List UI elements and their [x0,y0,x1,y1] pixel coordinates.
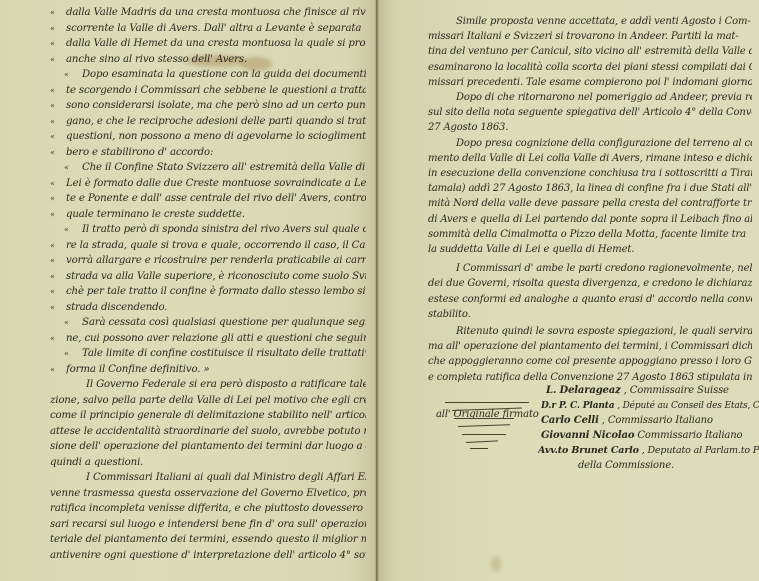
manuscript-line: zione, salvo pella parte della Valle di … [50,394,366,408]
manuscript-line: Dopo esaminata la questione con la guida… [82,68,366,82]
quotation-mark: « [50,239,55,253]
quotation-mark: « [50,270,55,284]
quotation-mark: « [64,223,69,237]
manuscript-line: ne, cui possono aver relazione gli atti … [66,332,366,346]
quotation-mark: « [50,285,55,299]
manuscript-line: esaminarono la località colla scorta dei… [428,61,752,75]
manuscript-line: Tale limite di confine costituisce il ri… [82,347,366,361]
manuscript-line: te e Ponente e dall' asse centrale del r… [66,192,366,206]
manuscript-line: strada va alla Valle superiore, è ricono… [66,270,366,284]
manuscript-line: re la strada, quale si trova e quale, oc… [66,239,366,253]
manuscript-line: 27 Agosto 1863. [428,121,752,135]
signature-closing: della Commissione. [578,459,674,473]
left-page: «dalla Valle Madris da una cresta montuo… [0,0,378,581]
manuscript-line: I Commissari Italiani ai quali dal Minis… [86,471,366,485]
manuscript-line: quale terminano le creste suddette. [66,208,366,222]
quotation-mark: « [50,363,55,377]
manuscript-line: Che il Confine Stato Svizzero all' estre… [82,161,366,175]
manuscript-line: mità Nord della valle deve passare pella… [428,197,752,211]
quotation-mark: « [50,22,55,36]
manuscript-line: ratifica incompleta venisse differita, e… [50,502,366,516]
manuscript-line: bero e stabilirono d' accordo: [66,146,366,160]
manuscript-line: Sarà cessata così qualsiasi questione pe… [82,316,366,330]
manuscript-line: tamala) addì 27 Agosto 1863, la linea di… [428,182,752,196]
manuscript-line: ma all' operazione del piantamento dei t… [428,340,752,354]
signature-entry-5: Avv.to Brunet Carlo , Deputato al Parlam… [538,444,759,458]
manuscript-line: sono considerarsi isolate, ma che però s… [66,99,366,113]
manuscript-line: scorrente la Valle di Avers. Dall' altra… [66,22,366,36]
manuscript-line: sommità della Cimalmotta o Pizzo della M… [428,228,752,242]
quotation-mark: « [50,6,55,20]
quotation-mark: « [50,99,55,113]
quotation-mark: « [50,130,55,144]
signature-entry-4: Giovanni Nicolao Commissario Italiano [541,429,742,443]
manuscript-line: chè per tale tratto il confine è formato… [66,285,366,299]
quotation-mark: « [50,53,55,67]
quotation-mark: « [50,146,55,160]
quotation-mark: « [50,192,55,206]
quotation-mark: « [50,301,55,315]
quotation-mark: « [50,84,55,98]
manuscript-line: venne trasmessa questa osservazione del … [50,487,366,501]
document-spread: «dalla Valle Madris da una cresta montuo… [0,0,759,581]
quotation-mark: « [64,161,69,175]
manuscript-line: missari precedenti. Tale esame compieron… [428,76,752,90]
manuscript-line: dalla Valle Madris da una cresta montuos… [66,6,366,20]
manuscript-line: di Avers e quella di Lei partendo dal po… [428,213,752,227]
manuscript-line: Simile proposta venne accettata, e addì … [456,15,752,29]
manuscript-line: Il tratto però di sponda sinistra del ri… [82,223,366,237]
manuscript-line: la suddetta Valle di Lei e quella di Hem… [428,243,752,257]
quotation-mark: « [50,254,55,268]
signature-entry-1: L. Delarageaz , Commissaire Suisse [546,384,729,398]
manuscript-line: quindi a questioni. [50,456,366,470]
manuscript-line: dalla Valle di Hemet da una cresta montu… [66,37,366,51]
manuscript-line: in esecuzione della convenzione conchius… [428,167,752,181]
manuscript-line: anche sino al rivo stesso dell' Avers. [66,53,366,67]
manuscript-line: estese conformi ed analoghe a quanto era… [428,293,752,307]
manuscript-line: sione dell' operazione del piantamento d… [50,440,366,454]
quotation-mark: « [50,332,55,346]
manuscript-line: strada discendendo. [66,301,366,315]
quotation-mark: « [50,177,55,191]
manuscript-line: Dopo di che ritornarono nel pomeriggio a… [456,91,752,105]
manuscript-line: Lei è formato dalle due Creste montuose … [66,177,366,191]
manuscript-line: tina del ventuno per Canicul, sito vicin… [428,45,752,59]
manuscript-line: che appoggieranno come col presente appo… [428,355,752,369]
manuscript-line: Il Governo Federale si era però disposto… [86,378,366,392]
paper-stain [491,556,501,572]
manuscript-line: stabilito. [428,308,752,322]
quotation-mark: « [50,208,55,222]
quotation-mark: « [50,37,55,51]
manuscript-line: dei due Governi, risolta questa divergen… [428,277,752,291]
quotation-mark: « [64,68,69,82]
manuscript-line: attese le accidentalità straordinarie de… [50,425,366,439]
manuscript-line: vorrà allargare e ricostruire per render… [66,254,366,268]
manuscript-line: e completa ratifica della Convenzione 27… [428,371,752,385]
quotation-mark: « [64,347,69,361]
manuscript-line: questioni, non possono a meno di agevola… [66,130,366,144]
manuscript-line: te scorgendo i Commissari che sebbene le… [66,84,366,98]
manuscript-line: missari Italiani e Svizzeri si trovarono… [428,30,752,44]
quotation-mark: « [50,115,55,129]
manuscript-line: teriale del piantamento dei termini, ess… [50,533,366,547]
manuscript-line: sari recarsi sul luogo e intendersi bene… [50,518,366,532]
book-gutter [376,0,380,581]
manuscript-line: mento della Valle di Lei colla Valle di … [428,152,752,166]
manuscript-line: gano, e che le reciproche adesioni delle… [66,115,366,129]
manuscript-line: forma il Confine definitivo. » [66,363,366,377]
quotation-mark: « [64,316,69,330]
signature-entry-3: Carlo Celli , Commissario Italiano [541,414,713,428]
manuscript-line: antivenire ogni questione d' interpretaz… [50,549,366,563]
manuscript-line: Ritenuto quindi le sovra esposte spiegaz… [456,325,752,339]
manuscript-line: come il principio generale di delimitazi… [50,409,366,423]
signature-entry-2: D.r P. C. Planta , Député au Conseil des… [541,399,759,413]
manuscript-line: I Commissari d' ambe le parti credono ra… [456,262,752,276]
manuscript-line: Dopo presa cognizione della configurazio… [456,137,752,151]
right-page: Simile proposta venne accettata, e addì … [378,0,759,581]
manuscript-line: sul sito della nota seguente spiegativa … [428,106,752,120]
